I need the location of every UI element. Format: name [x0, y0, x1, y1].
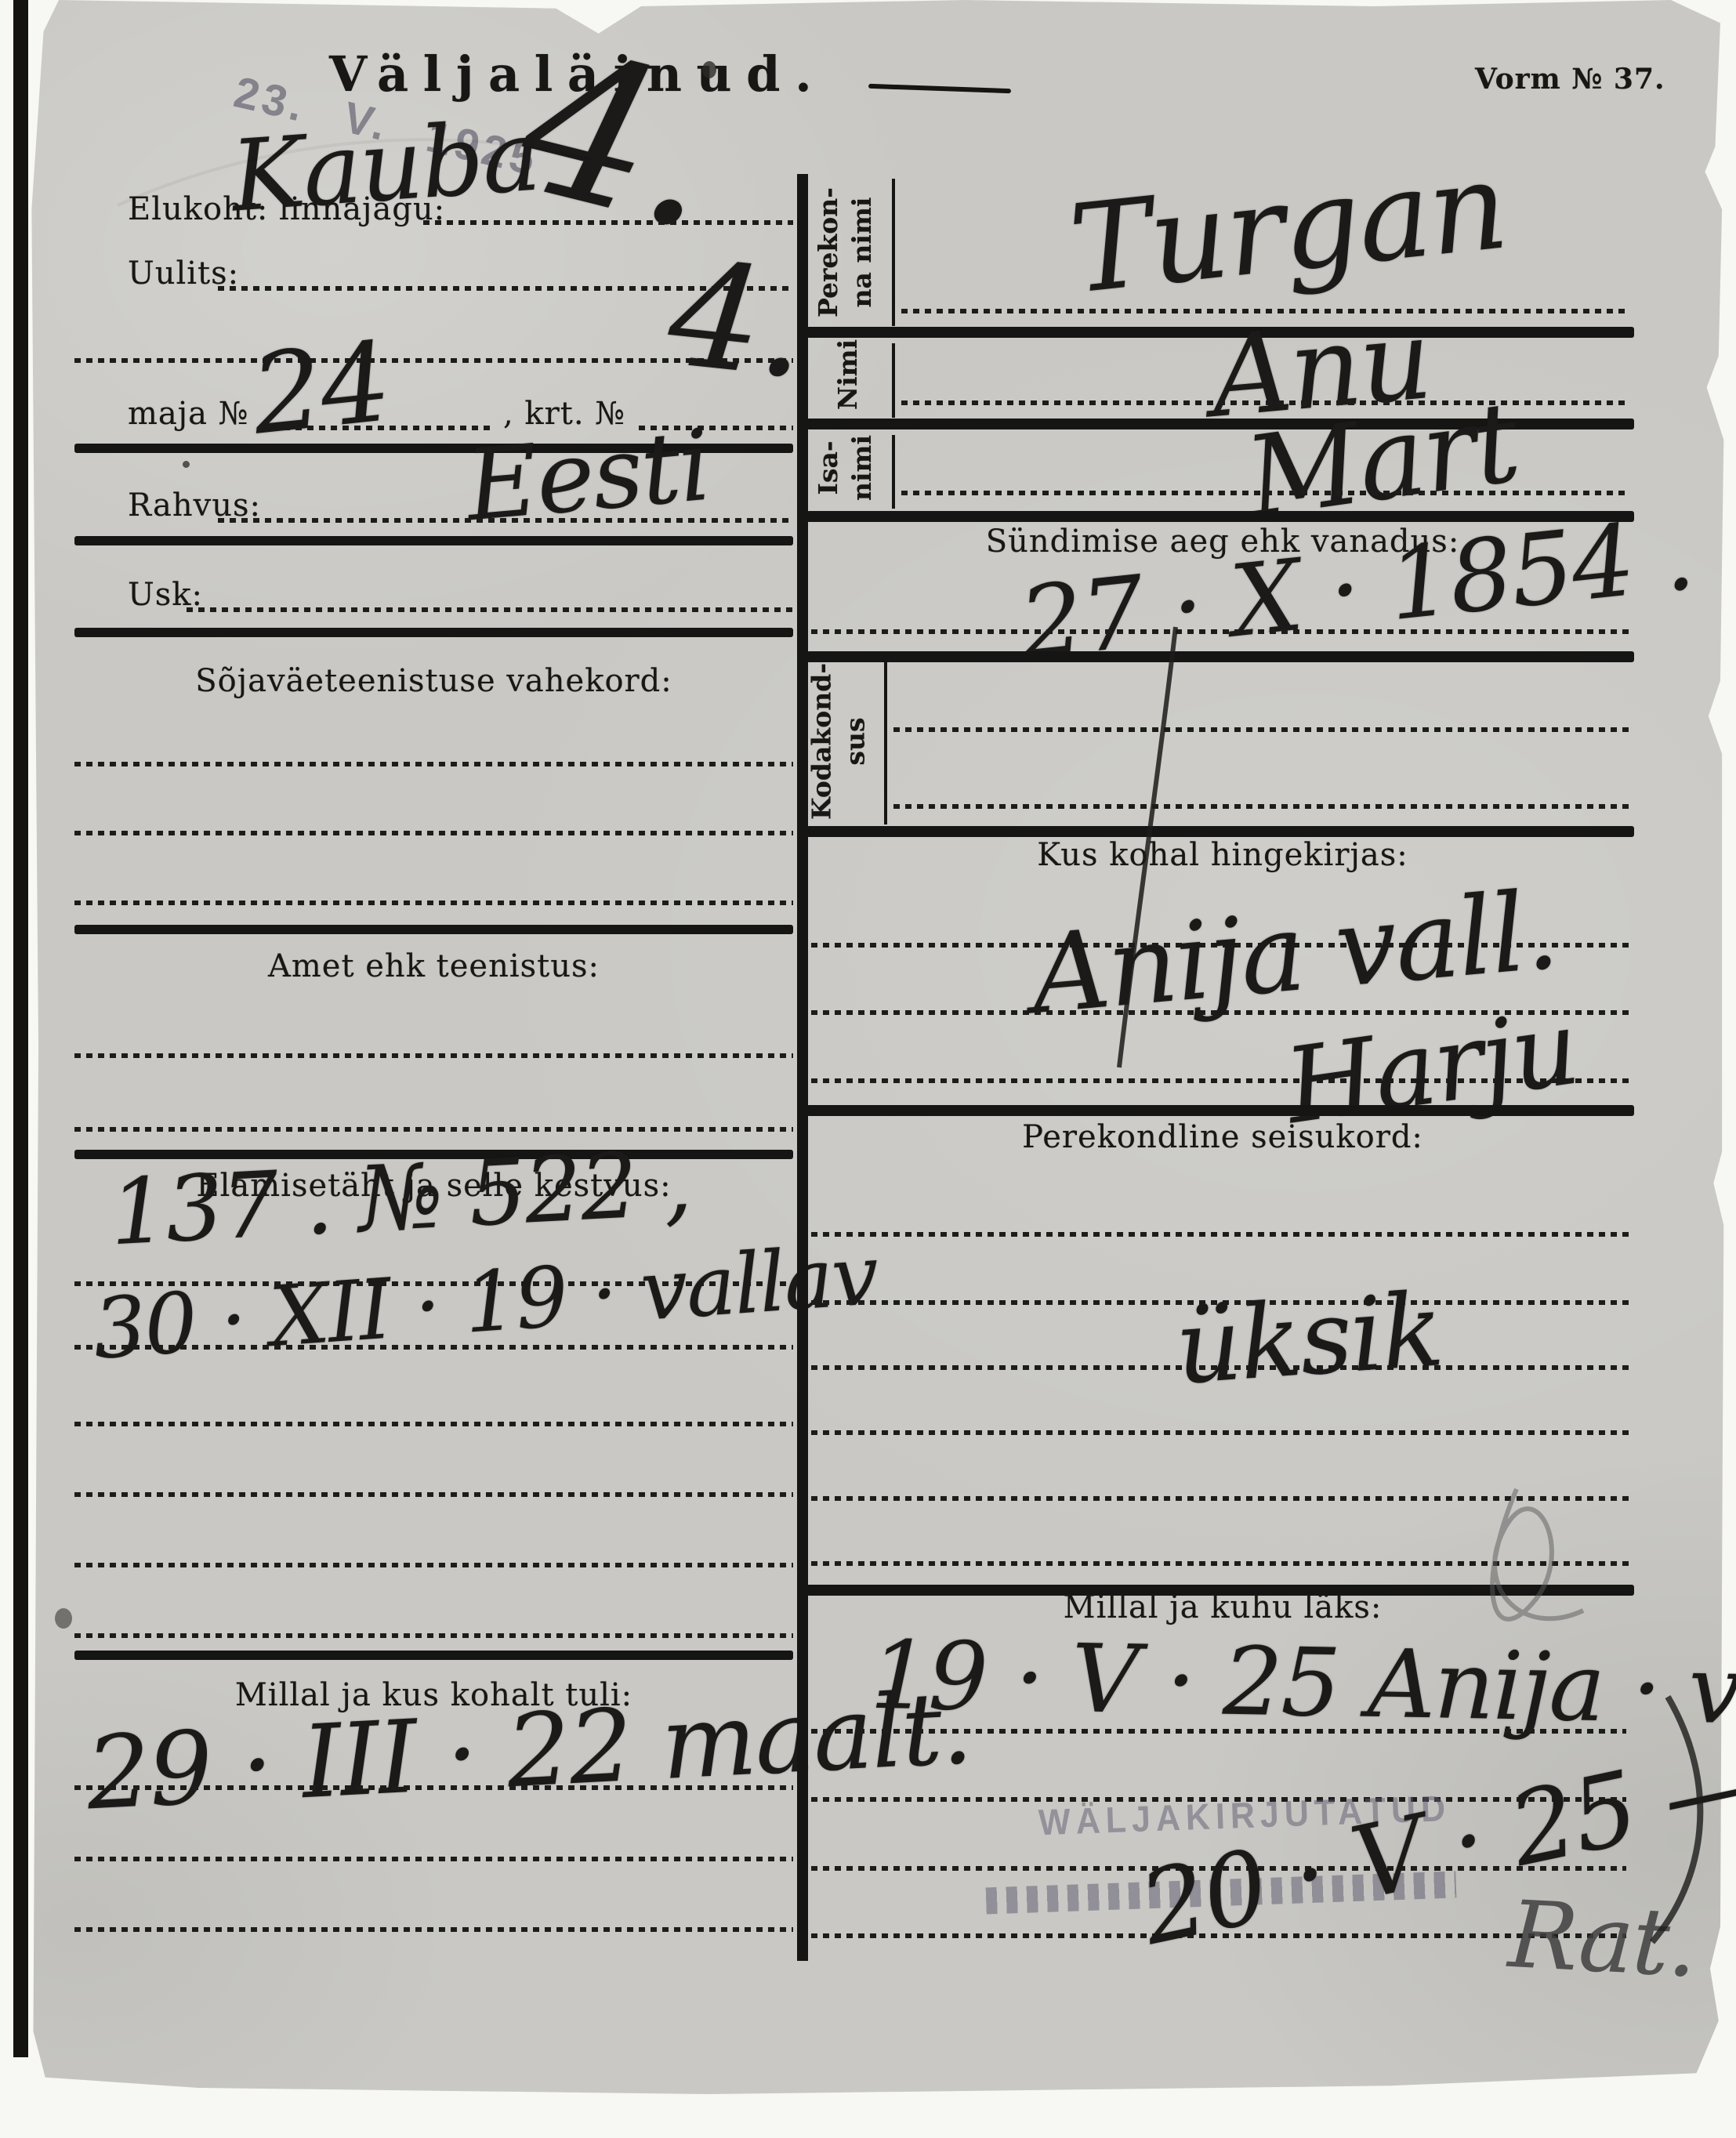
kodakondsus-line-2: [893, 804, 1632, 809]
kodakondsus-label: Kodakond- sus: [806, 658, 884, 826]
sojavae-line-1: [74, 762, 793, 766]
millal-laks-label: Millal ja kuhu läks:: [811, 1589, 1634, 1625]
right-bar-5: [806, 826, 1634, 837]
sojavaeteenistuse-label: Sõjaväeteenistuse vahekord:: [74, 663, 793, 699]
amet-line-1: [74, 1053, 793, 1058]
uulits-value-handwriting: Kauba: [227, 99, 542, 234]
section-bar-6: [74, 1651, 793, 1660]
section-bar-3: [74, 628, 793, 637]
perekondline-line-4: [811, 1430, 1632, 1435]
elamisetaht-line-2: [74, 1345, 793, 1350]
maja-value-handwriting: 24: [246, 318, 395, 459]
sojavae-line-2: [74, 831, 793, 835]
kus-kohal-label: Kus kohal hingekirjas:: [811, 837, 1634, 873]
section-bar-4: [74, 925, 793, 934]
kodakondsus-line-1: [893, 727, 1632, 732]
perekonnanimi-label: Perekon- na nimi: [812, 178, 893, 327]
scan-edge-bar: [13, 0, 28, 2057]
nimi-label: Nimi: [832, 332, 871, 418]
blank-line-2: [74, 1422, 793, 1426]
isanimi-line: [901, 491, 1626, 495]
ink-blot-top: [702, 61, 716, 78]
amet-label: Amet ehk teenistus:: [74, 948, 793, 984]
perekondline-label: Perekondline seisukord:: [811, 1119, 1634, 1155]
perekondline-value-handwriting: üksik: [1172, 1270, 1445, 1407]
millal-laks-line-1: [811, 1729, 1626, 1734]
isanimi-inner-line: [892, 435, 895, 509]
perekondline-line-6: [811, 1561, 1632, 1566]
nimi-line: [901, 400, 1626, 405]
rahvus-value-handwriting: Eesti: [462, 409, 713, 543]
sundimise-line: [811, 629, 1632, 634]
perekonnanimi-inner-line: [892, 179, 895, 326]
elukoht-line: [423, 220, 793, 225]
krt-value-handwriting: 4.: [661, 229, 814, 411]
ink-speck-mid: [183, 461, 190, 468]
blank-line-4: [74, 1563, 793, 1567]
perekondline-line-1: [811, 1232, 1632, 1237]
blank-line-3: [74, 1492, 793, 1497]
ink-blot-left-edge: [55, 1608, 72, 1629]
perekondline-line-5: [811, 1496, 1632, 1501]
signature-handwriting: Rat.: [1506, 1880, 1699, 1998]
millal-tuli-line-1: [74, 1785, 793, 1790]
millal-tuli-line-2: [74, 1857, 793, 1861]
nimi-inner-line: [892, 343, 895, 418]
maja-label: maja №: [128, 396, 249, 432]
isanimi-label: Isa- nimi: [812, 424, 890, 512]
column-divider: [797, 174, 808, 1961]
right-bar-4: [806, 651, 1634, 662]
blank-line-5: [74, 1633, 793, 1638]
millal-tuli-line-3: [74, 1927, 793, 1932]
rahvus-line: [218, 518, 793, 523]
section-bar-2: [74, 536, 793, 545]
sojavae-line-3: [74, 900, 793, 905]
kodakondsus-inner-line: [884, 660, 887, 824]
form-number: Vorm № 37.: [1475, 63, 1665, 96]
usk-line: [187, 607, 793, 612]
right-bar-6: [806, 1105, 1634, 1116]
